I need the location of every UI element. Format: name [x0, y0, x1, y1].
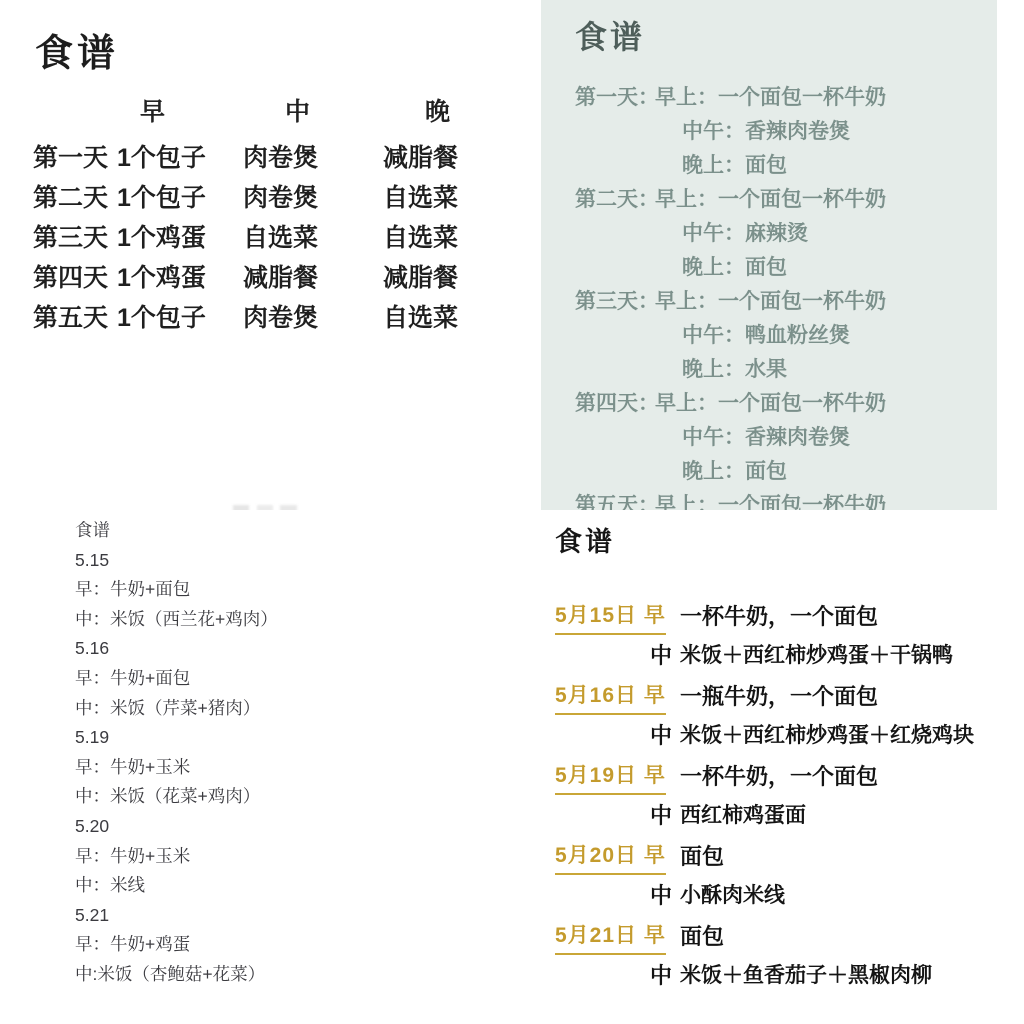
note-line: 早：牛奶+鸡蛋 — [75, 930, 278, 960]
lunch-label: 中 — [650, 959, 672, 990]
day-cell: 第三天 — [33, 218, 108, 254]
date-label: 5月16日 早 — [555, 679, 666, 715]
note-line: 5.20 — [75, 812, 278, 842]
lunch-cell: 肉卷煲 — [243, 298, 318, 334]
lunch-text: 米饭＋西红柿炒鸡蛋＋红烧鸡块 — [680, 719, 974, 749]
menu-entry: 5月21日 早 面包 中 米饭＋鱼香茄子＋黑椒肉柳 — [555, 915, 1020, 995]
day-label: 第一天： — [575, 81, 659, 111]
breakfast-cell: 1个鸡蛋 — [117, 218, 206, 254]
breakfast-cell: 1个鸡蛋 — [117, 258, 206, 294]
note-line: 早：牛奶+玉米 — [75, 753, 278, 783]
breakfast-text: 一瓶牛奶，一个面包 — [680, 680, 878, 711]
lunch-label: 中 — [650, 879, 672, 910]
table-row: 第五天 1个包子 肉卷煲 自选菜 — [0, 293, 541, 333]
dinner-line: 晚上：面包 — [541, 144, 997, 178]
breakfast-cell: 1个包子 — [117, 178, 206, 214]
column-header-breakfast: 早 — [140, 92, 165, 128]
menu-entry: 5月20日 早 面包 中 小酥肉米线 — [555, 835, 1020, 915]
breakfast-line: 早上：一个面包一杯牛奶 — [655, 285, 886, 315]
recipe-title: 食谱 — [575, 12, 645, 58]
dated-menu-text: 食谱 5.15 早：牛奶+面包 中：米饭（西兰花+鸡肉） 5.16 早：牛奶+面… — [75, 516, 278, 990]
breakfast-cell: 1个包子 — [117, 138, 206, 174]
lunch-text: 米饭＋鱼香茄子＋黑椒肉柳 — [680, 959, 932, 989]
note-line: 中:米饭（杏鲍菇+花菜） — [75, 960, 278, 990]
note-line: 5.15 — [75, 546, 278, 576]
weekly-table: 第一天 1个包子 肉卷煲 减脂餐 第二天 1个包子 肉卷煲 自选菜 第三天 1个… — [0, 133, 541, 333]
dinner-cell: 自选菜 — [383, 298, 458, 334]
lunch-cell: 自选菜 — [243, 218, 318, 254]
dinner-cell: 自选菜 — [383, 218, 458, 254]
day-cell: 第五天 — [33, 298, 108, 334]
day-line: 第一天： 早上：一个面包一杯牛奶 — [541, 76, 997, 110]
table-row: 第一天 1个包子 肉卷煲 减脂餐 — [0, 133, 541, 173]
breakfast-line: 早上：一个面包一杯牛奶 — [655, 489, 886, 510]
day-cell: 第二天 — [33, 178, 108, 214]
daily-menu-list: 第一天： 早上：一个面包一杯牛奶 中午：香辣肉卷煲 晚上：面包 第二天： 早上：… — [541, 76, 997, 510]
day-line: 第五天： 早上：一个面包一杯牛奶 — [541, 484, 997, 510]
recipe-title: 食谱 — [555, 520, 615, 559]
lunch-cell: 肉卷煲 — [243, 178, 318, 214]
note-line: 中：米线 — [75, 871, 278, 901]
lunch-text: 米饭＋西红柿炒鸡蛋＋干锅鸭 — [680, 639, 953, 669]
panel-plain-text-note: 食谱 5.15 早：牛奶+面包 中：米饭（西兰花+鸡肉） 5.16 早：牛奶+面… — [0, 510, 512, 1024]
day-label: 第二天： — [575, 183, 659, 213]
lunch-text: 西红柿鸡蛋面 — [680, 799, 806, 829]
lunch-cell: 减脂餐 — [243, 258, 318, 294]
lunch-line: 中午：香辣肉卷煲 — [541, 416, 997, 450]
day-line: 第三天： 早上：一个面包一杯牛奶 — [541, 280, 997, 314]
meal-plan-collage: 食谱 早 中 晚 第一天 1个包子 肉卷煲 减脂餐 第二天 1个包子 肉卷煲 自… — [0, 0, 1024, 1024]
day-line: 第四天： 早上：一个面包一杯牛奶 — [541, 382, 997, 416]
table-row: 第四天 1个鸡蛋 减脂餐 减脂餐 — [0, 253, 541, 293]
note-line: 5.16 — [75, 634, 278, 664]
table-row: 第三天 1个鸡蛋 自选菜 自选菜 — [0, 213, 541, 253]
menu-entry: 5月19日 早 一杯牛奶，一个面包 中 西红柿鸡蛋面 — [555, 755, 1020, 835]
lunch-cell: 肉卷煲 — [243, 138, 318, 174]
breakfast-line: 早上：一个面包一杯牛奶 — [655, 81, 886, 111]
breakfast-text: 一杯牛奶，一个面包 — [680, 600, 878, 631]
note-line: 早：牛奶+面包 — [75, 664, 278, 694]
breakfast-line: 早上：一个面包一杯牛奶 — [655, 183, 886, 213]
lunch-line: 中午：香辣肉卷煲 — [541, 110, 997, 144]
breakfast-line: 早上：一个面包一杯牛奶 — [655, 387, 886, 417]
date-label: 5月21日 早 — [555, 919, 666, 955]
note-line: 5.19 — [75, 723, 278, 753]
lunch-label: 中 — [650, 719, 672, 750]
dated-menu-list: 5月15日 早 一杯牛奶，一个面包 中 米饭＋西红柿炒鸡蛋＋干锅鸭 5月16日 … — [555, 595, 1020, 995]
panel-handwritten-table: 食谱 早 中 晚 第一天 1个包子 肉卷煲 减脂餐 第二天 1个包子 肉卷煲 自… — [0, 0, 541, 510]
lunch-line: 中午：麻辣烫 — [541, 212, 997, 246]
dinner-line: 晚上：水果 — [541, 348, 997, 382]
panel-green-note: 食谱 第一天： 早上：一个面包一杯牛奶 中午：香辣肉卷煲 晚上：面包 第二天： … — [541, 0, 997, 510]
date-label: 5月20日 早 — [555, 839, 666, 875]
column-header-lunch: 中 — [285, 92, 310, 128]
date-label: 5月15日 早 — [555, 599, 666, 635]
day-label: 第四天： — [575, 387, 659, 417]
dinner-cell: 自选菜 — [383, 178, 458, 214]
breakfast-cell: 1个包子 — [117, 298, 206, 334]
dinner-cell: 减脂餐 — [383, 258, 458, 294]
breakfast-text: 一杯牛奶，一个面包 — [680, 760, 878, 791]
recipe-title: 食谱 — [35, 22, 119, 77]
dinner-line: 晚上：面包 — [541, 246, 997, 280]
lunch-label: 中 — [650, 639, 672, 670]
day-label: 第三天： — [575, 285, 659, 315]
breakfast-text: 面包 — [680, 920, 724, 951]
dinner-cell: 减脂餐 — [383, 138, 458, 174]
menu-entry: 5月16日 早 一瓶牛奶，一个面包 中 米饭＋西红柿炒鸡蛋＋红烧鸡块 — [555, 675, 1020, 755]
panel-dated-note: 食谱 5月15日 早 一杯牛奶，一个面包 中 米饭＋西红柿炒鸡蛋＋干锅鸭 5月1… — [512, 510, 1024, 1024]
menu-entry: 5月15日 早 一杯牛奶，一个面包 中 米饭＋西红柿炒鸡蛋＋干锅鸭 — [555, 595, 1020, 675]
lunch-line: 中午：鸭血粉丝煲 — [541, 314, 997, 348]
note-line: 早：牛奶+面包 — [75, 575, 278, 605]
column-header-dinner: 晚 — [425, 92, 450, 128]
note-line: 早：牛奶+玉米 — [75, 842, 278, 872]
dinner-line: 晚上：面包 — [541, 450, 997, 484]
note-line: 中：米饭（西兰花+鸡肉） — [75, 605, 278, 635]
day-cell: 第一天 — [33, 138, 108, 174]
note-line: 5.21 — [75, 901, 278, 931]
date-label: 5月19日 早 — [555, 759, 666, 795]
day-line: 第二天： 早上：一个面包一杯牛奶 — [541, 178, 997, 212]
lunch-text: 小酥肉米线 — [680, 879, 785, 909]
note-line: 中：米饭（花菜+鸡肉） — [75, 782, 278, 812]
note-line: 食谱 — [75, 516, 278, 546]
day-label: 第五天： — [575, 489, 659, 510]
lunch-label: 中 — [650, 799, 672, 830]
day-cell: 第四天 — [33, 258, 108, 294]
note-line: 中：米饭（芹菜+猪肉） — [75, 694, 278, 724]
breakfast-text: 面包 — [680, 840, 724, 871]
table-row: 第二天 1个包子 肉卷煲 自选菜 — [0, 173, 541, 213]
